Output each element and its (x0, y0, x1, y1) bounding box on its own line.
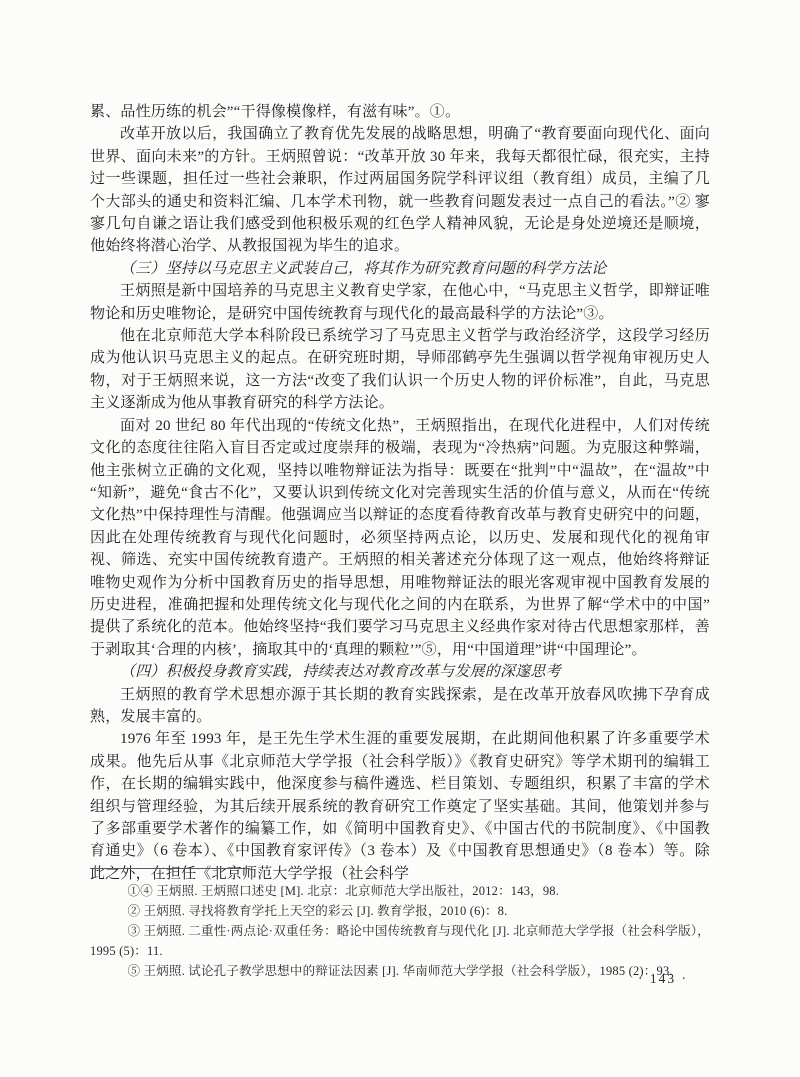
paragraph: 王炳照的教育学术思想亦源于其长期的教育实践探索，是在改革开放春风吹拂下孕育成熟，… (90, 684, 710, 729)
article-body: 累、品性历练的机会”“干得像模像样，有滋有味”。①。 改革开放以后，我国确立了教… (90, 101, 710, 885)
section-heading-3: （三）坚持以马克思主义武装自己，将其作为研究教育问题的科学方法论 (90, 258, 710, 280)
journal-page: 累、品性历练的机会”“干得像模像样，有滋有味”。①。 改革开放以后，我国确立了教… (0, 0, 800, 1077)
footnote: ③ 王炳照. 二重性·两点论·双重任务：略论中国传统教育与现代化 [J]. 北京… (90, 921, 710, 961)
footnote: ①④ 王炳照. 王炳照口述史 [M]. 北京：北京师范大学出版社，2012：14… (90, 881, 710, 901)
footnote-area: ①④ 王炳照. 王炳照口述史 [M]. 北京：北京师范大学出版社，2012：14… (90, 868, 710, 981)
paragraph: 1976 年至 1993 年，是王先生学术生涯的重要发展期，在此期间他积累了许多… (90, 728, 710, 885)
paragraph: 王炳照是新中国培养的马克思主义教育史学家，在他心中，“马克思主义哲学，即辩证唯物… (90, 280, 710, 325)
footnote: ⑤ 王炳照. 试论孔子教学思想中的辩证法因素 [J]. 华南师范大学学报（社会科… (90, 961, 710, 981)
footnote: ② 王炳照. 寻找将教育学托上天空的彩云 [J]. 教育学报，2010 (6)：… (90, 901, 710, 921)
paragraph: 他在北京师范大学本科阶段已系统学习了马克思主义哲学与政治经济学，这段学习经历成为… (90, 325, 710, 415)
paragraph: 改革开放以后，我国确立了教育优先发展的战略思想，明确了“教育要面向现代化、面向世… (90, 123, 710, 257)
section-heading-4: （四）积极投身教育实践，持续表达对教育改革与发展的深邃思考 (90, 661, 710, 683)
paragraph: 面对 20 世纪 80 年代出现的“传统文化热”，王炳照指出，在现代化进程中，人… (90, 415, 710, 661)
paragraph-continuation: 累、品性历练的机会”“干得像模像样，有滋有味”。①。 (90, 101, 710, 123)
page-number: · 143 · (638, 971, 688, 987)
footnote-divider (90, 868, 250, 869)
